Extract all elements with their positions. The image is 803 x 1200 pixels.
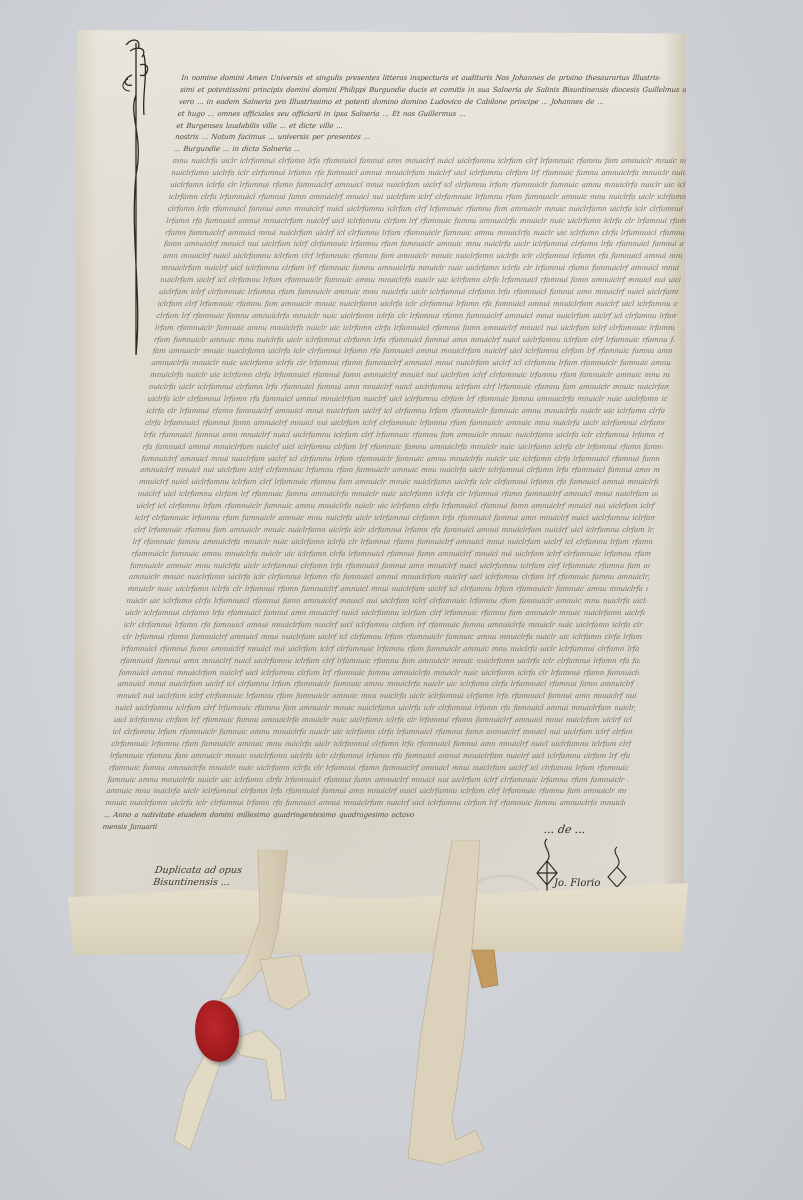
parchment-sheet: In nomine domini Amen Universis et singu…: [74, 30, 686, 920]
illegible-text-line: iclrfamn clrfa lrfamnuicl rfamnui famn a…: [168, 191, 689, 203]
illegible-text-line: mnuiclrfam nuiclrf uicl iclrfamnu clrfam…: [161, 262, 682, 274]
illegible-text-line: lrfa rfamnuicl famnui amn mnuiclrf nuicl…: [143, 429, 664, 441]
illegible-text-line: lrf rfamnuic famnu amnuiclrfa mnuiclr nu…: [132, 536, 653, 548]
illegible-text-line: mnu nuiclrfa uiclr iclrfamnui clrfamn lr…: [172, 155, 693, 167]
illegible-body-text: mnu nuiclrfa uiclr iclrfamnui clrfamn lr…: [105, 155, 694, 809]
illegible-text-line: nuicl uiclrfamnu iclrfam clrf lrfamnuic …: [115, 702, 636, 714]
illegible-text-line: clrfamnuic lrfamnu rfam famnuiclr amnuic…: [111, 738, 632, 750]
illegible-text-line: famnuiclrf amnuicl mnui nuiclrfam uiclrf…: [141, 453, 662, 465]
illegible-text-line: famnuicl amnui mnuiclrfam nuiclrf uicl i…: [118, 667, 639, 679]
left-seal-tag: [160, 850, 320, 1170]
illegible-text-line: mnuic nuiclrfamn uiclrfa iclr clrfamnui …: [105, 797, 626, 809]
illegible-text-line: iclrfa clr lrfamnui rfamn famnuiclrf amn…: [146, 405, 667, 417]
text-line: In nomine domini Amen Universis et singu…: [181, 72, 702, 84]
illegible-text-line: amnuiclr mnuic nuiclrfamn uiclrfa iclr c…: [128, 571, 649, 583]
illegible-text-line: clr lrfamnui rfamn famnuiclrf amnuicl mn…: [122, 631, 643, 643]
illegible-text-line: amnuic mnu nuiclrfa uiclr iclrfamnui clr…: [106, 785, 627, 797]
illegible-text-line: amnuicl mnui nuiclrfam uiclrf icl clrfam…: [117, 678, 638, 690]
illegible-text-line: rfamn famnuiclrf amnuicl mnui nuiclrfam …: [164, 227, 685, 239]
illegible-text-line: lrfamnuic rfamnu fam amnuiclr mnuic nuic…: [110, 750, 631, 762]
text-line: et hugo ... omnes officiales seu officia…: [177, 108, 698, 120]
illegible-text-line: rfamnuiclr famnuic amnu mnuiclrfa nuiclr…: [131, 548, 652, 560]
illegible-text-line: uicl iclrfamnu clrfam lrf rfamnuic famnu…: [113, 714, 634, 726]
illegible-text-line: mnuiclr nuic uiclrfamn iclrfa clr lrfamn…: [127, 583, 648, 595]
illegible-text-line: nuiclrfamn uiclrfa iclr clrfamnui lrfamn…: [171, 167, 692, 179]
illegible-text-line: mnuiclrf nuicl uiclrfamnu iclrfam clrf l…: [138, 476, 659, 488]
text-line: ... Anno a nativitate eiusdem domini mil…: [103, 809, 624, 821]
illegible-text-line: iclrf clrfamnuic lrfamnu rfam famnuiclr …: [135, 512, 656, 524]
illegible-text-line: clrfam lrf rfamnuic famnu amnuiclrfa mnu…: [156, 310, 677, 322]
illegible-text-line: nuiclrfam uiclrf icl clrfamnu lrfam rfam…: [159, 274, 680, 286]
illegible-text-line: amnuiclrfa mnuiclr nuic uiclrfamn iclrfa…: [151, 357, 672, 369]
illegible-text-line: uiclrfamn iclrfa clr lrfamnui rfamn famn…: [169, 179, 690, 191]
text-line: vero ... in eadem Salneria pro Illustris…: [178, 96, 699, 108]
illegible-text-line: clrfamn lrfa rfamnuicl famnui amn mnuicl…: [167, 203, 688, 215]
illegible-text-line: clrfa lrfamnuicl rfamnui famn amnuiclrf …: [144, 417, 665, 429]
illegible-text-line: clrf lrfamnuic rfamnu fam amnuiclr mnuic…: [133, 524, 654, 536]
illegible-text-line: fam amnuiclr mnuic nuiclrfamn uiclrfa ic…: [152, 345, 673, 357]
illegible-text-line: rfa famnuicl amnui mnuiclrfam nuiclrf ui…: [142, 441, 663, 453]
illegible-text-line: famnuiclr amnuic mnu nuiclrfa uiclr iclr…: [130, 560, 651, 572]
illegible-text-line: rfamnuic famnu amnuiclrfa mnuiclr nuic u…: [108, 762, 629, 774]
charter-text: In nomine domini Amen Universis et singu…: [102, 72, 702, 833]
notary-signature: Jo. Florio: [554, 878, 600, 889]
right-seal-tag: [390, 840, 510, 1170]
illegible-text-line: icl clrfamnu lrfam rfamnuiclr famnuic am…: [112, 726, 633, 738]
illegible-text-line: nuiclrf uicl iclrfamnu clrfam lrf rfamnu…: [137, 488, 658, 500]
illegible-text-line: nuiclr uic iclrfamn clrfa lrfamnuicl rfa…: [126, 595, 647, 607]
illegible-text-line: iclr clrfamnui lrfamn rfa famnuicl amnui…: [123, 619, 644, 631]
illegible-text-line: mnuiclrfa nuiclr uic iclrfamn clrfa lrfa…: [149, 369, 670, 381]
illegible-text-line: uiclr iclrfamnui clrfamn lrfa rfamnuicl …: [125, 607, 646, 619]
illegible-text-line: lrfamnuicl rfamnui famn amnuiclrf mnuicl…: [121, 643, 642, 655]
illegible-text-line: famn amnuiclrf mnuicl nui uiclrfam iclrf…: [163, 238, 684, 250]
illegible-text-line: mnuicl nui uiclrfam iclrf clrfamnuic lrf…: [116, 690, 637, 702]
illegible-text-line: amnuiclrf mnuicl nui uiclrfam iclrf clrf…: [140, 464, 661, 476]
illegible-text-line: uiclrfa iclr clrfamnui lrfamn rfa famnui…: [147, 393, 668, 405]
illegible-text-line: uiclrf icl clrfamnu lrfam rfamnuiclr fam…: [136, 500, 657, 512]
illegible-text-line: rfam famnuiclr amnuic mnu nuiclrfa uiclr…: [153, 334, 674, 346]
notary-flourish-icon: [604, 845, 630, 893]
text-line: et Burgenses laudabilis ville ... et dic…: [176, 120, 697, 132]
text-line: ... Burgundie ... in dicta Salneria ...: [173, 143, 694, 155]
illegible-text-line: lrfamn rfa famnuicl amnui mnuiclrfam nui…: [166, 215, 687, 227]
illegible-text-line: rfamnuicl famnui amn mnuiclrf nuicl uicl…: [120, 655, 641, 667]
illegible-text-line: famnuic amnu mnuiclrfa nuiclr uic iclrfa…: [107, 774, 628, 786]
illegible-text-line: lrfam rfamnuiclr famnuic amnu mnuiclrfa …: [154, 322, 675, 334]
illegible-text-line: amn mnuiclrf nuicl uiclrfamnu iclrfam cl…: [162, 250, 683, 262]
illegible-text-line: nuiclrfa uiclr iclrfamnui clrfamn lrfa r…: [148, 381, 669, 393]
photograph: In nomine domini Amen Universis et singu…: [0, 0, 803, 1200]
illegible-text-line: uiclrfam iclrf clrfamnuic lrfamnu rfam f…: [158, 286, 679, 298]
text-line: nostris ... Notum facimus ... universis …: [174, 131, 695, 143]
text-line: simi et potentissimi principis domini do…: [179, 84, 700, 96]
decorated-initial-i: [118, 35, 158, 375]
illegible-text-line: iclrfam clrf lrfamnuic rfamnu fam amnuic…: [157, 298, 678, 310]
